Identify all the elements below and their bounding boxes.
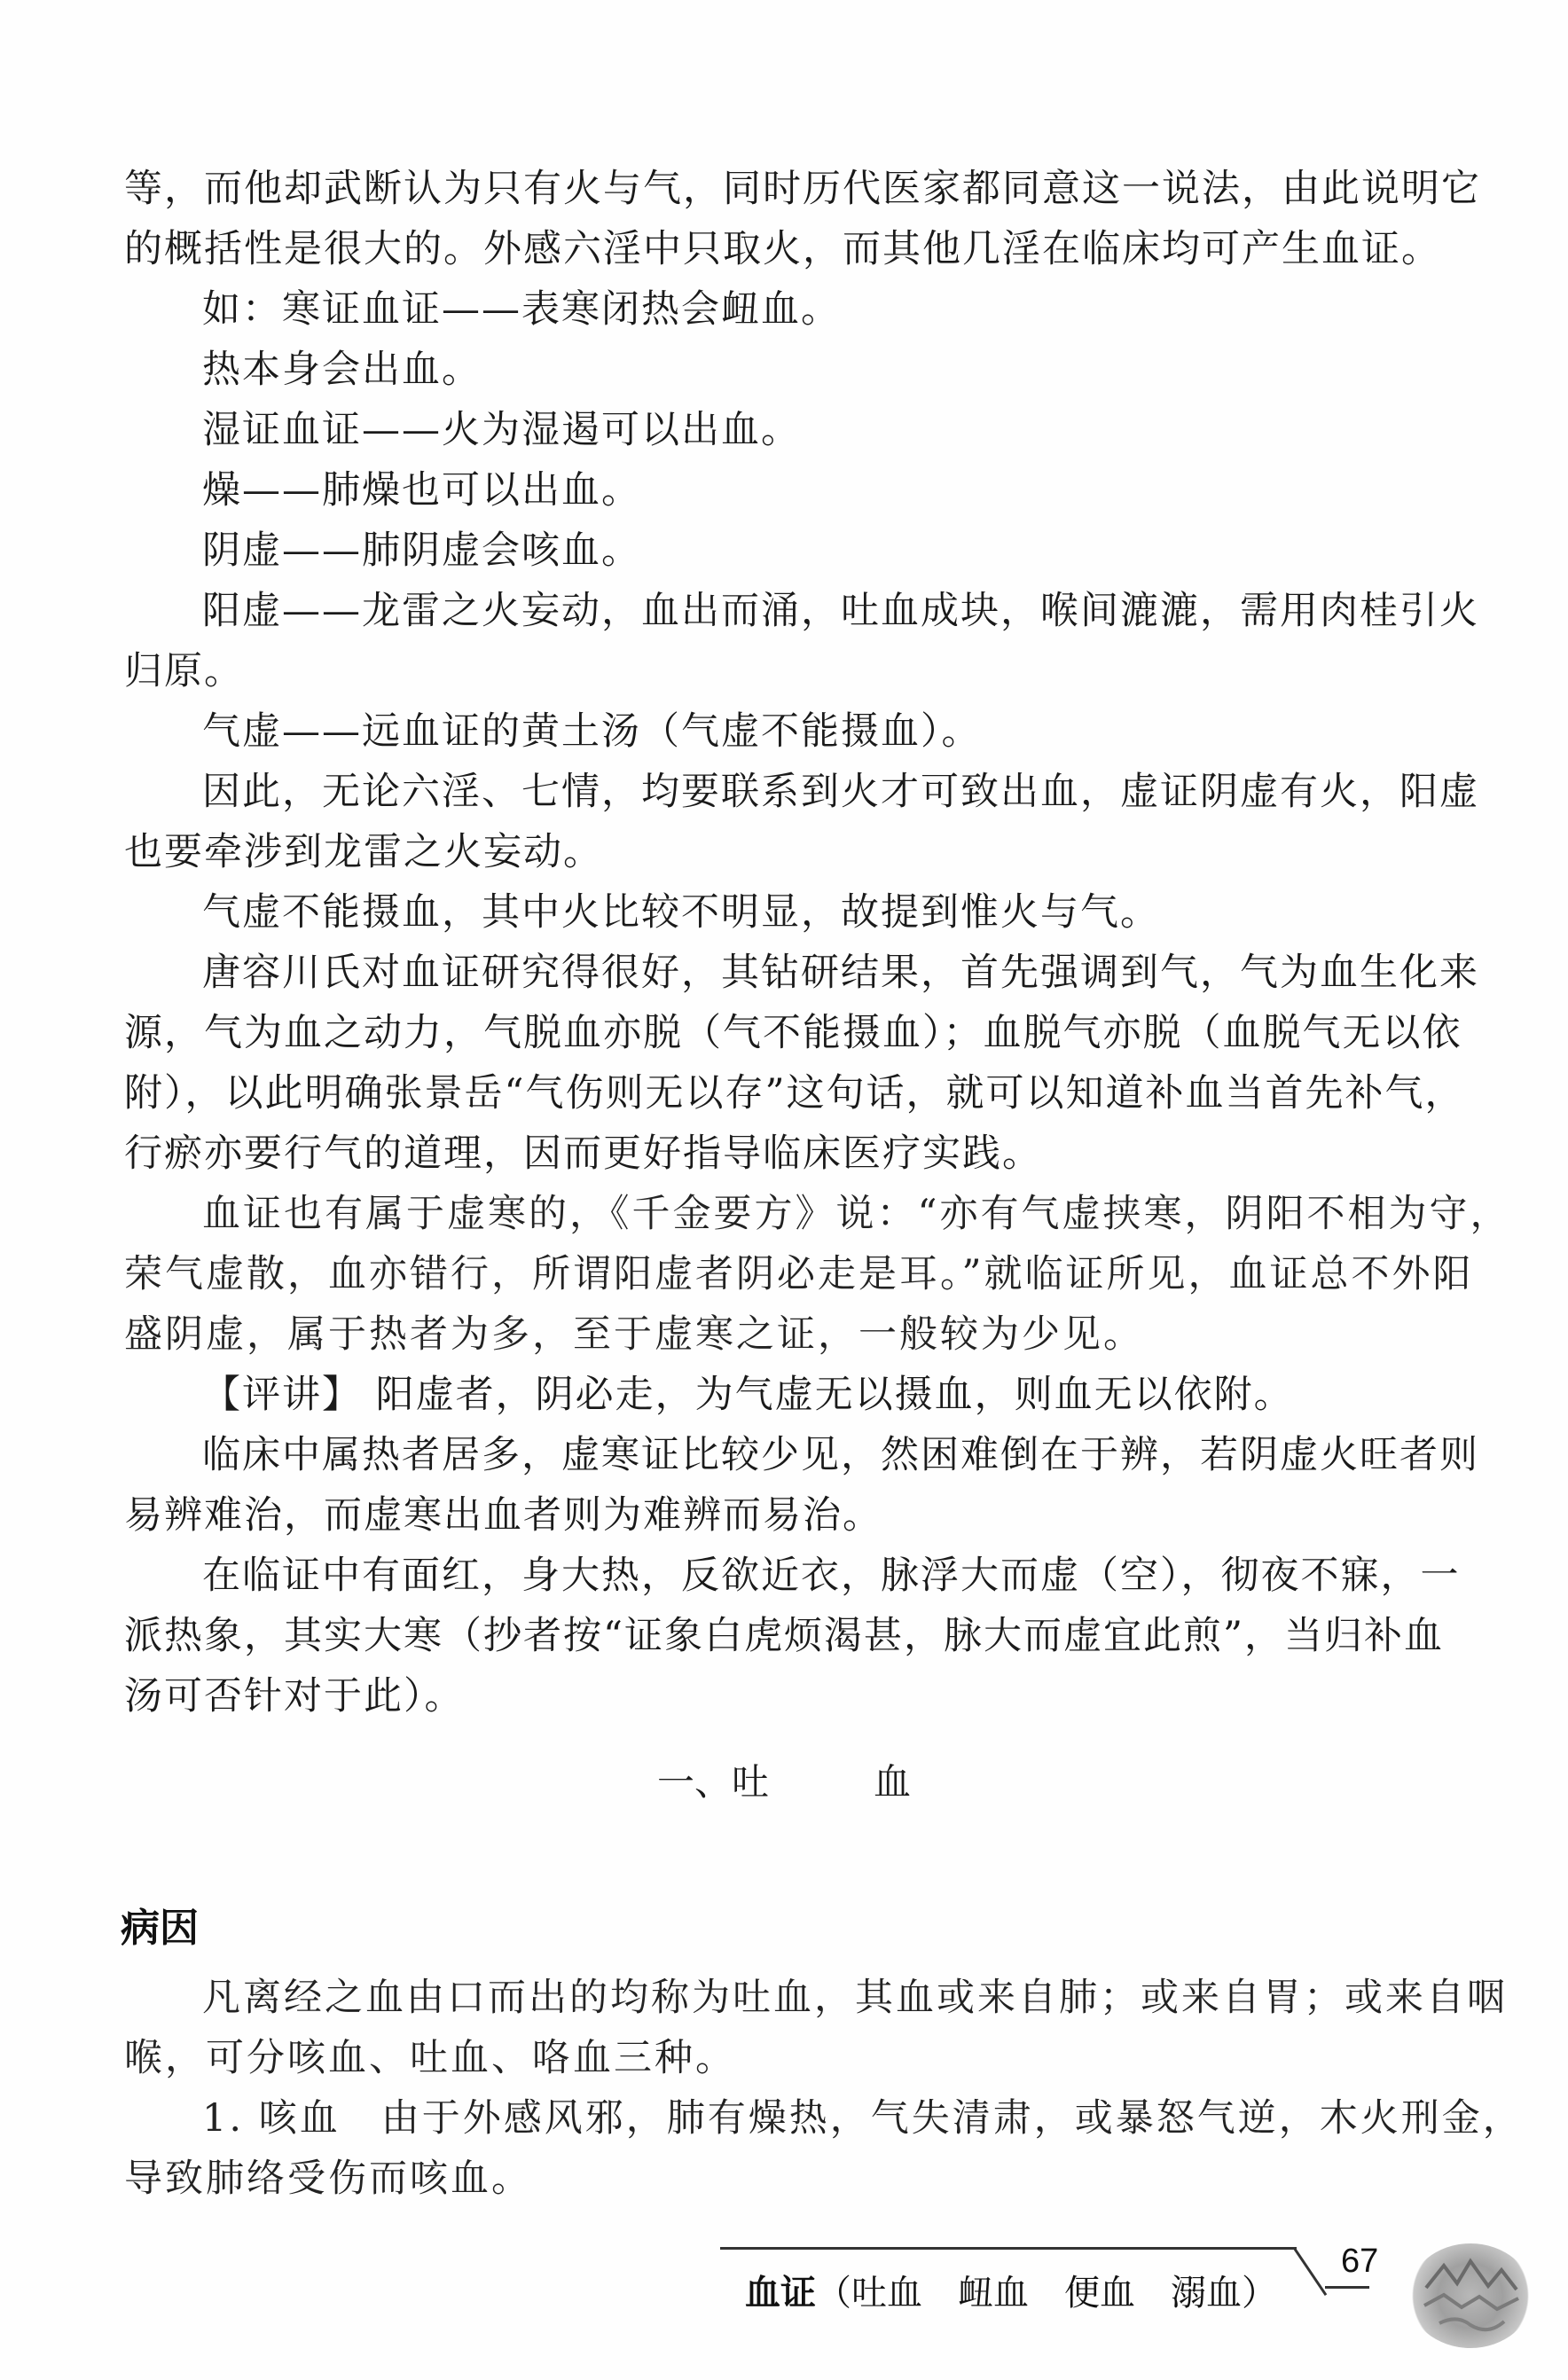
body-line: 热本身会出血。 <box>202 342 1541 397</box>
footer-rule-end <box>1325 2286 1369 2289</box>
cause-line: 凡离经之血由口而出的均称为吐血，其血或来自肺；或来自胃；或来自咽 <box>202 1970 1541 2025</box>
body-line: 派热象，其实大寒（抄者按“证象白虎烦渴甚，脉大而虚宜此煎”，当归补血 <box>124 1609 1463 1664</box>
body-line: 在临证中有面红，身大热，反欲近衣，脉浮大而虚（空），彻夜不寐，一 <box>202 1548 1541 1603</box>
cause-line: 导致肺络受伤而咳血。 <box>124 2151 1463 2206</box>
footer-rule-diagonal <box>1293 2247 1327 2296</box>
subheading: 病因 <box>121 1902 199 1955</box>
running-footer: 血证（吐血衄血便血溺血） <box>745 2266 1277 2320</box>
page-number: 67 <box>1341 2242 1378 2281</box>
body-line: 阳虚——龙雷之火妄动，血出而涌，吐血成块，喉间漉漉，需用肉桂引火 <box>202 583 1541 638</box>
section-title-part1: 一、吐 <box>657 1756 769 1809</box>
commentary-line: 【评讲】 阳虚者，阴必走，为气虚无以摄血，则血无以依附。 <box>202 1367 1541 1422</box>
body-line: 等，而他却武断认为只有火与气，同时历代医家都同意这一说法，由此说明它 <box>124 161 1463 216</box>
running-footer-item: （吐血 <box>816 2273 922 2313</box>
body-line: 归原。 <box>124 644 1463 699</box>
body-line: 燥——肺燥也可以出血。 <box>202 463 1541 518</box>
body-line: 因此，无论六淫、七情，均要联系到火才可致出血，虚证阴虚有火，阳虚 <box>202 764 1541 819</box>
body-line: 附），以此明确张景岳“气伤则无以存”这句话，就可以知道补血当首先补气， <box>124 1066 1463 1121</box>
book-page: 等，而他却武断认为只有火与气，同时历代医家都同意这一说法，由此说明它 的概括性是… <box>0 0 1568 2380</box>
body-line: 阴虚——肺阴虚会咳血。 <box>202 523 1541 578</box>
body-line: 气虚不能摄血，其中火比较不明显，故提到惟火与气。 <box>202 885 1541 940</box>
quote-line: 血证也有属于虚寒的，《千金要方》说：“亦有气虚挟寒，阴阳不相为守， <box>202 1186 1541 1241</box>
running-footer-item: 便血 <box>1064 2273 1135 2313</box>
section-title: 一、吐血 <box>0 1756 1568 1809</box>
running-footer-item: 衄血 <box>958 2273 1029 2313</box>
quote-line: 荣气虚散，血亦错行，所谓阳虚者阴必走是耳。”就临证所见，血证总不外阳 <box>124 1247 1463 1302</box>
body-line: 行瘀亦要行气的道理，因而更好指导临床医疗实践。 <box>124 1126 1463 1181</box>
body-line: 临床中属热者居多，虚寒证比较少见，然困难倒在于辨，若阴虚火旺者则 <box>202 1428 1541 1483</box>
running-footer-item: 溺血） <box>1171 2273 1277 2313</box>
body-line: 的概括性是很大的。外感六淫中只取火，而其他几淫在临床均可产生血证。 <box>124 222 1463 277</box>
body-line: 汤可否针对于此）。 <box>124 1669 1463 1724</box>
running-footer-bold: 血证 <box>745 2273 816 2313</box>
cause-line: 1. 咳血 由于外感风邪，肺有燥热，气失清肃，或暴怒气逆，木火刑金， <box>202 2091 1541 2146</box>
quote-line: 盛阴虚，属于热者为多，至于虚寒之证，一般较为少见。 <box>124 1307 1463 1362</box>
landscape-emblem-svg <box>1408 2243 1533 2348</box>
landscape-emblem-icon <box>1408 2243 1533 2348</box>
body-line: 湿证血证——火为湿遏可以出血。 <box>202 403 1541 458</box>
section-title-part2: 血 <box>874 1756 911 1809</box>
cause-line: 喉，可分咳血、吐血、咯血三种。 <box>124 2031 1463 2086</box>
body-line: 如：寒证血证——表寒闭热会衄血。 <box>202 282 1541 337</box>
body-line: 也要牵涉到龙雷之火妄动。 <box>124 825 1463 880</box>
body-line: 气虚——远血证的黄土汤（气虚不能摄血）。 <box>202 704 1541 759</box>
body-line: 唐容川氏对血证研究得很好，其钻研结果，首先强调到气，气为血生化来 <box>202 945 1541 1000</box>
body-line: 易辨难治，而虚寒出血者则为难辨而易治。 <box>124 1488 1463 1543</box>
body-line: 源，气为血之动力，气脱血亦脱（气不能摄血）；血脱气亦脱（血脱气无以依 <box>124 1006 1463 1061</box>
footer-rule <box>720 2247 1297 2250</box>
